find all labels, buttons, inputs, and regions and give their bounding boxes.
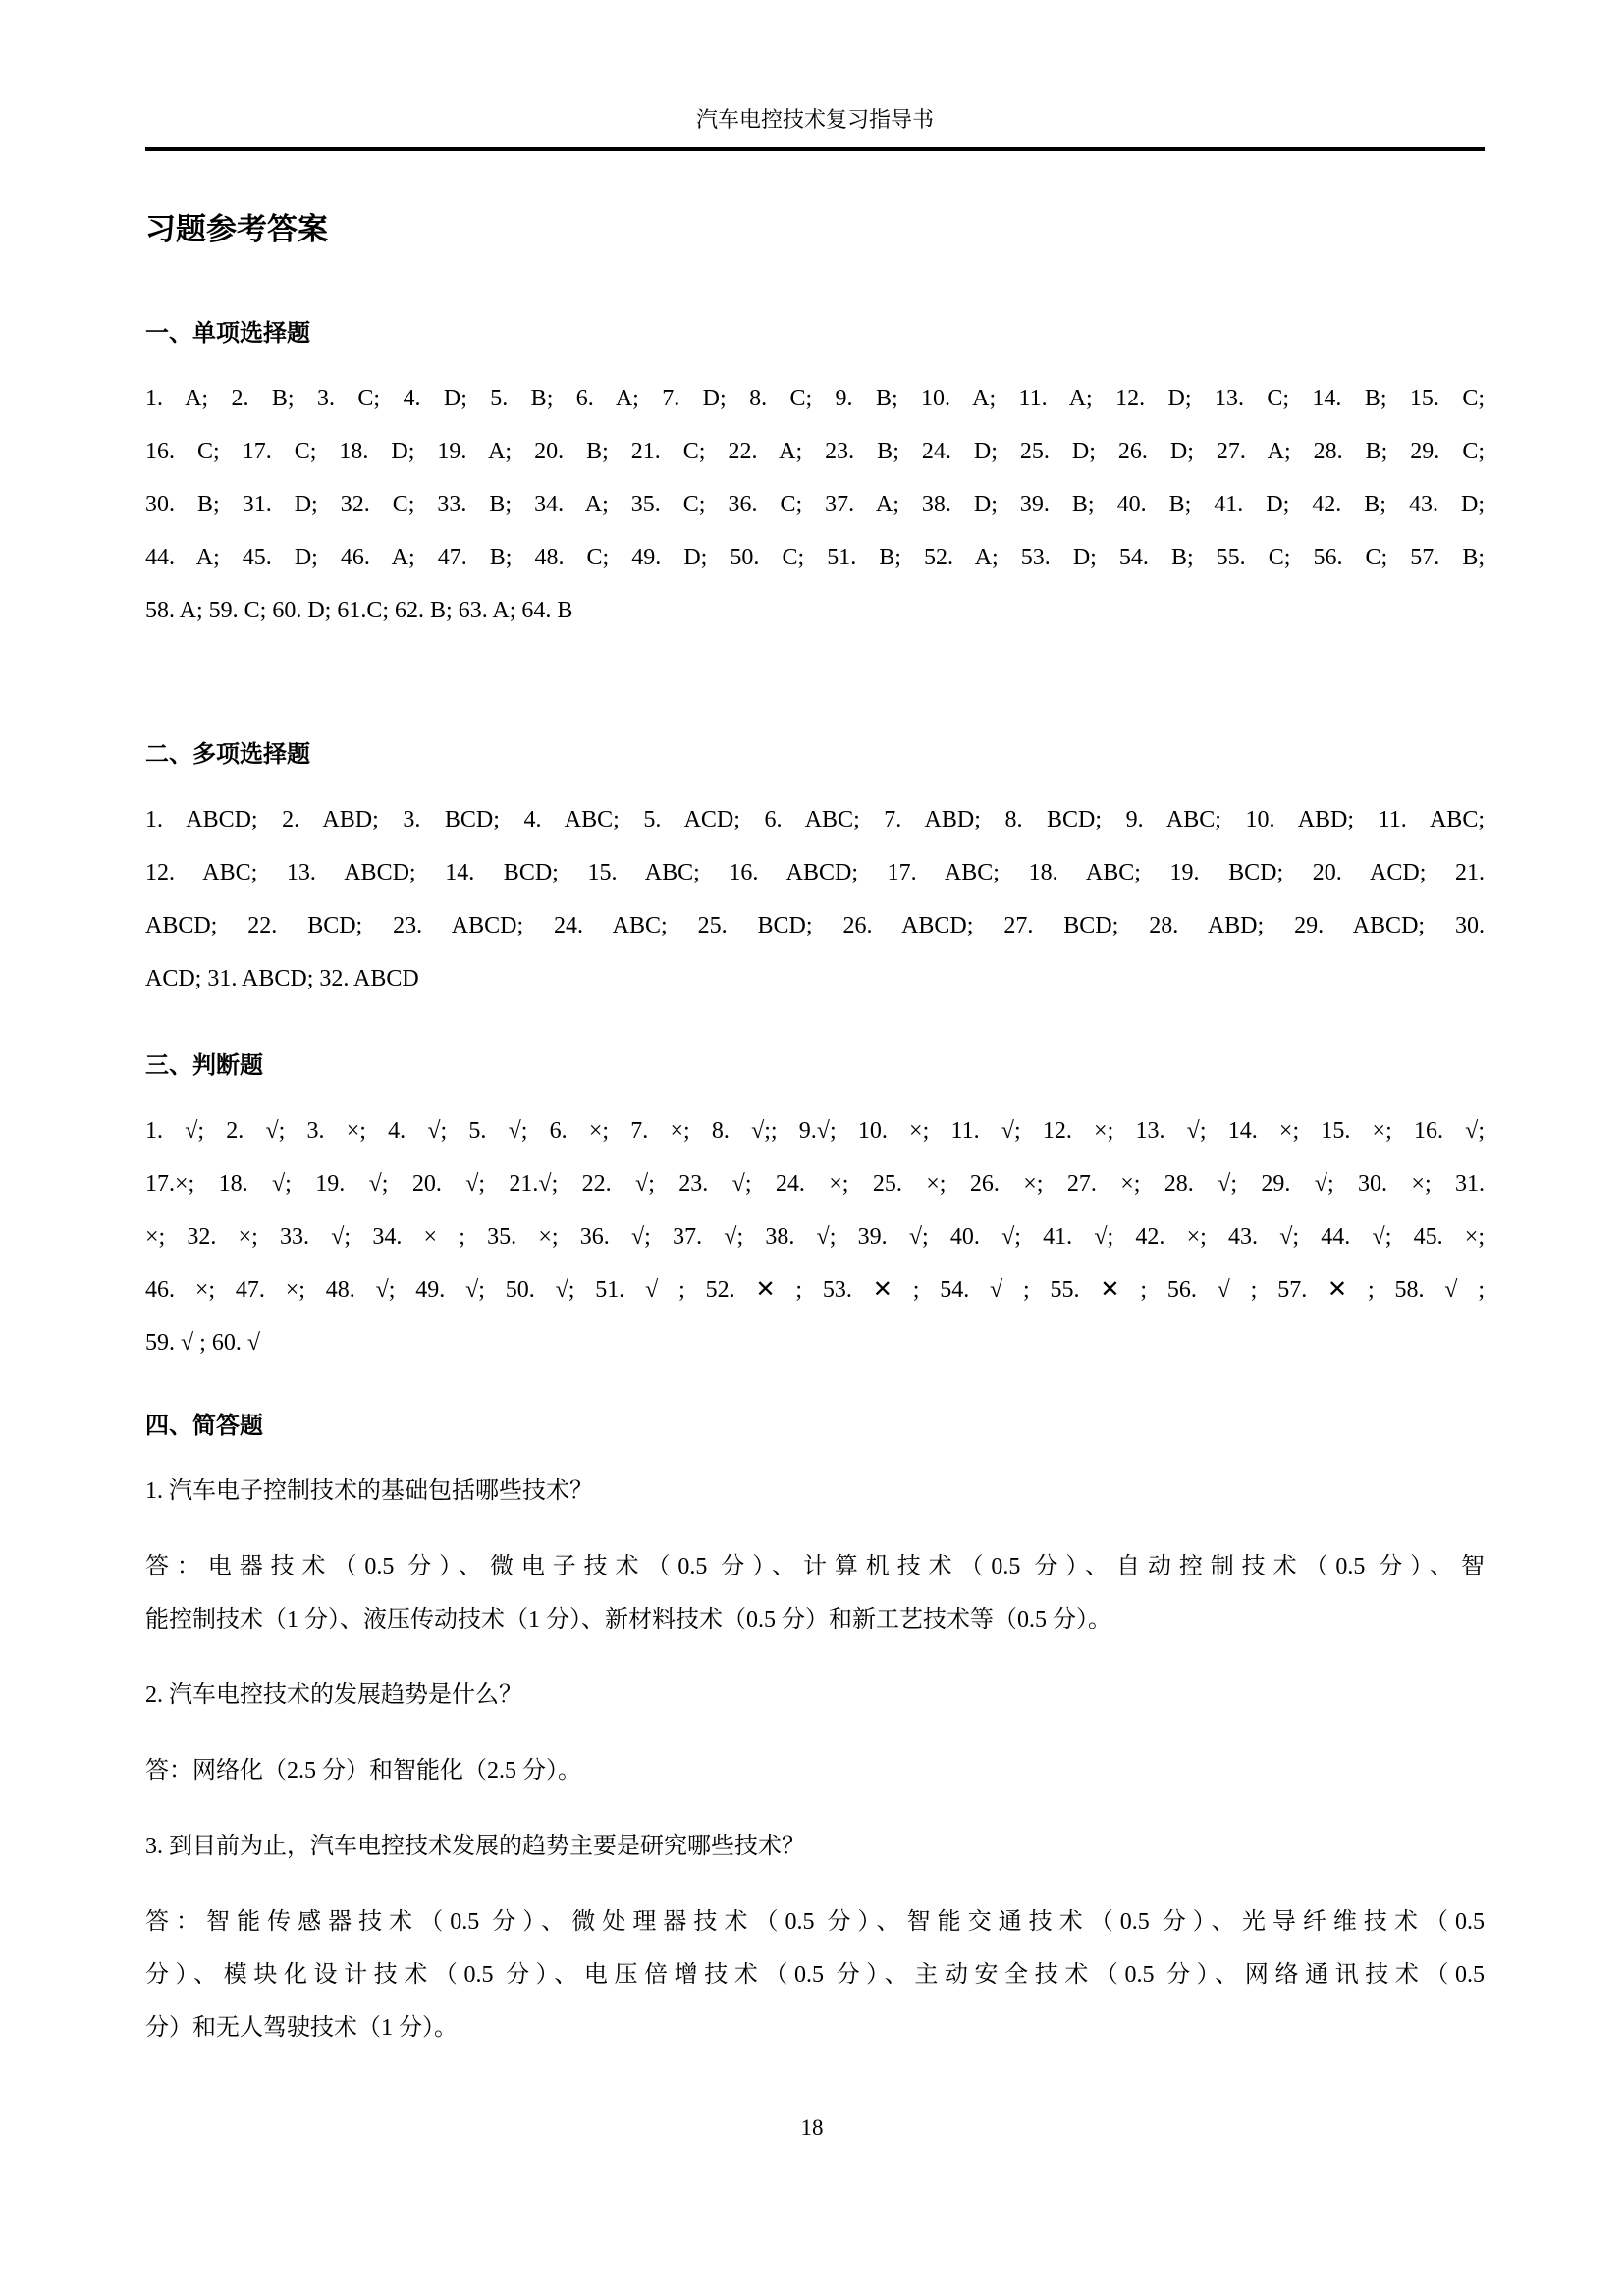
section-heading-multi-choice: 二、多项选择题 <box>145 739 1485 771</box>
text-line: 16. C; 17. C; 18. D; 19. A; 20. B; 21. C… <box>145 425 1485 478</box>
section-short-answer: 四、简答题 1. 汽车电子控制技术的基础包括哪些技术？答：电器技术（0.5 分）… <box>145 1411 1485 2055</box>
paragraph: 1. A; 2. B; 3. C; 4. D; 5. B; 6. A; 7. D… <box>145 372 1485 637</box>
text-line: 58. A; 59. C; 60. D; 61.C; 62. B; 63. A;… <box>145 584 1485 637</box>
text-line: 分）、模块化设计技术（0.5 分）、电压倍增技术（0.5 分）、主动安全技术（0… <box>145 1949 1485 2002</box>
page-header: 汽车电控技术复习指导书 <box>145 0 1485 151</box>
section-true-false: 三、判断题 1. √; 2. √; 3. ×; 4. √; 5. √; 6. ×… <box>145 1050 1485 1369</box>
page-number: 18 <box>0 2115 1624 2141</box>
paragraph: 3. 到目前为止，汽车电控技术发展的趋势主要是研究哪些技术？ <box>145 1820 1485 1873</box>
text-line: 答：网络化（2.5 分）和智能化（2.5 分）。 <box>145 1744 1485 1797</box>
text-line: 1. ABCD; 2. ABD; 3. BCD; 4. ABC; 5. ACD;… <box>145 793 1485 846</box>
paragraph: 1. 汽车电子控制技术的基础包括哪些技术？ <box>145 1465 1485 1518</box>
short-answer-content: 1. 汽车电子控制技术的基础包括哪些技术？答：电器技术（0.5 分）、微电子技术… <box>145 1465 1485 2055</box>
text-line: ABCD; 22. BCD; 23. ABCD; 24. ABC; 25. BC… <box>145 899 1485 952</box>
paragraph: 1. ABCD; 2. ABD; 3. BCD; 4. ABC; 5. ACD;… <box>145 793 1485 1005</box>
paragraph: 答：电器技术（0.5 分）、微电子技术（0.5 分）、计算机技术（0.5 分）、… <box>145 1540 1485 1646</box>
paragraph: 2. 汽车电控技术的发展趋势是什么？ <box>145 1669 1485 1722</box>
paragraph: 答：网络化（2.5 分）和智能化（2.5 分）。 <box>145 1744 1485 1797</box>
header-rule <box>145 147 1485 151</box>
page-title: 习题参考答案 <box>145 210 1485 249</box>
text-line: 1. 汽车电子控制技术的基础包括哪些技术？ <box>145 1465 1485 1518</box>
text-line: ACD; 31. ABCD; 32. ABCD <box>145 952 1485 1005</box>
text-line: 12. ABC; 13. ABCD; 14. BCD; 15. ABC; 16.… <box>145 846 1485 899</box>
text-line: 59. √ ; 60. √ <box>145 1316 1485 1369</box>
paragraph: 1. √; 2. √; 3. ×; 4. √; 5. √; 6. ×; 7. ×… <box>145 1104 1485 1369</box>
section-multi-choice: 二、多项选择题 1. ABCD; 2. ABD; 3. BCD; 4. ABC;… <box>145 739 1485 1005</box>
text-line: 分）和无人驾驶技术（1 分）。 <box>145 2002 1485 2055</box>
text-line: 2. 汽车电控技术的发展趋势是什么？ <box>145 1669 1485 1722</box>
text-line: 1. A; 2. B; 3. C; 4. D; 5. B; 6. A; 7. D… <box>145 372 1485 425</box>
multi-choice-answers: 1. ABCD; 2. ABD; 3. BCD; 4. ABC; 5. ACD;… <box>145 793 1485 1005</box>
true-false-answers: 1. √; 2. √; 3. ×; 4. √; 5. √; 6. ×; 7. ×… <box>145 1104 1485 1369</box>
paragraph: 答：智能传感器技术（0.5 分）、微处理器技术（0.5 分）、智能交通技术（0.… <box>145 1896 1485 2055</box>
section-heading-single-choice: 一、单项选择题 <box>145 318 1485 349</box>
text-line: 44. A; 45. D; 46. A; 47. B; 48. C; 49. D… <box>145 531 1485 584</box>
section-heading-true-false: 三、判断题 <box>145 1050 1485 1082</box>
text-line: 能控制技术（1 分）、液压传动技术（1 分）、新材料技术（0.5 分）和新工艺技… <box>145 1593 1485 1646</box>
text-line: 1. √; 2. √; 3. ×; 4. √; 5. √; 6. ×; 7. ×… <box>145 1104 1485 1157</box>
single-choice-answers: 1. A; 2. B; 3. C; 4. D; 5. B; 6. A; 7. D… <box>145 372 1485 637</box>
text-line: ×; 32. ×; 33. √; 34. × ; 35. ×; 36. √; 3… <box>145 1210 1485 1263</box>
section-heading-short-answer: 四、简答题 <box>145 1411 1485 1442</box>
running-header-title: 汽车电控技术复习指导书 <box>145 0 1485 133</box>
text-line: 答：智能传感器技术（0.5 分）、微处理器技术（0.5 分）、智能交通技术（0.… <box>145 1896 1485 1949</box>
document-page: 汽车电控技术复习指导书 习题参考答案 一、单项选择题 1. A; 2. B; 3… <box>0 0 1624 2296</box>
text-line: 30. B; 31. D; 32. C; 33. B; 34. A; 35. C… <box>145 478 1485 531</box>
text-line: 46. ×; 47. ×; 48. √; 49. √; 50. √; 51. √… <box>145 1263 1485 1316</box>
text-line: 3. 到目前为止，汽车电控技术发展的趋势主要是研究哪些技术？ <box>145 1820 1485 1873</box>
section-single-choice: 一、单项选择题 1. A; 2. B; 3. C; 4. D; 5. B; 6.… <box>145 318 1485 637</box>
text-line: 17.×; 18. √; 19. √; 20. √; 21.√; 22. √; … <box>145 1157 1485 1210</box>
text-line: 答：电器技术（0.5 分）、微电子技术（0.5 分）、计算机技术（0.5 分）、… <box>145 1540 1485 1593</box>
